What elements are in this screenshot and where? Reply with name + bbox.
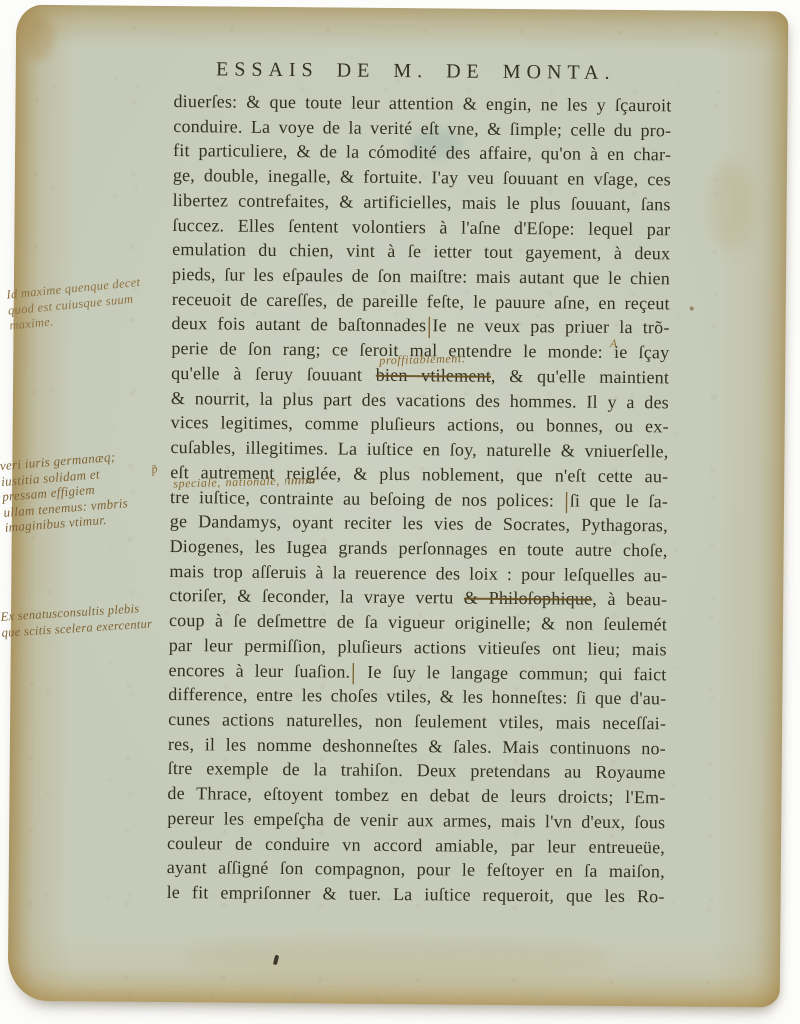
- text-line: Diogenes, les Iugea grands perſonnages e…: [170, 534, 668, 563]
- printed-text: vices legitimes, comme pluſieurs actions…: [171, 412, 669, 436]
- printed-text: pereur les empeſçha de venir aux armes, …: [167, 808, 665, 832]
- printed-text: deux fois autant de baſtonnades: [171, 313, 426, 335]
- book-page: ESSAIS DE M. DE MONTA. diuerſes: & que t…: [8, 5, 789, 1008]
- handwritten-interlinear-note: proffitablement:: [379, 352, 466, 366]
- text-line: qu'elle à ſeruy ſouuant bien vtilementpr…: [171, 361, 669, 390]
- printed-text: emulation du chien, vint à ſe ietter tou…: [172, 239, 670, 263]
- photograph-background: { "page": { "header": "ESSAIS DE M. DE M…: [0, 0, 800, 1024]
- printed-text: coup à ſe deſmettre de ſa vigueur origin…: [169, 610, 667, 634]
- ink-speck: [690, 307, 694, 311]
- printed-text: ſtre exemple de la trahiſon. Deux preten…: [168, 758, 666, 782]
- printed-text: diuerſes: & que toute leur attention & e…: [173, 91, 671, 115]
- printed-text: le fit empriſonner & tuer. La iuſtice re…: [167, 882, 665, 906]
- paper-stain: [24, 15, 54, 61]
- printed-text: Ie ne veux pas priuer la trõ-: [432, 316, 669, 338]
- printed-text: ayant aſſigné ſon compagnon, pour le feſ…: [167, 857, 665, 881]
- text-line: par leur permiſſion, pluſieurs actions v…: [169, 633, 667, 662]
- printed-text: ge Dandamys, oyant reciter les vies de S…: [170, 511, 668, 535]
- printed-text: ſuccez. Elles ſentent volontiers à l'aſn…: [172, 215, 670, 239]
- printed-text: ie ſçay: [614, 342, 670, 362]
- printed-text: cuſables, illegitimes. La iuſtice en ſoy…: [170, 437, 668, 461]
- printed-text: res, il les nomme deshonneſtes & ſales. …: [168, 734, 666, 758]
- handwritten-insertion-mark: |: [426, 310, 432, 342]
- printed-text: couleur de conduire vn accord amiable, p…: [167, 833, 665, 857]
- printed-text: , & qu'elle maintient: [491, 366, 669, 388]
- printed-text: cunes actions naturelles, non ſeulement …: [168, 709, 666, 733]
- margin-note-top: Id maxime quenque decetquod est cuiusque…: [6, 275, 144, 334]
- printed-text: & nourrit, la plus part des vacations de…: [171, 388, 669, 412]
- printed-text: pieds, ſur les eſpaules de ſon maiſtre: …: [172, 264, 670, 288]
- text-line: pereur les empeſçha de venir aux armes, …: [167, 806, 665, 835]
- handwritten-margin-mark: p̃: [150, 461, 159, 477]
- text-block: diuerſes: & que toute leur attention & e…: [167, 89, 672, 909]
- printed-text: tre iuſtice,speciale, nationale,: [170, 487, 250, 508]
- printed-text: ſi que le ſa-: [570, 490, 668, 511]
- struck-printed-text: bien vtilementproffitablement:: [376, 365, 491, 386]
- printed-text: libertez contrefaites, & artificielles, …: [173, 190, 671, 214]
- printed-text: par leur permiſſion, pluſieurs actions v…: [169, 635, 667, 659]
- handwritten-insertion-mark: |: [350, 655, 356, 687]
- ink-speck: [273, 955, 279, 966]
- printed-text: , à beau-: [592, 589, 667, 610]
- printed-text: Diogenes, les Iugea grands perſonnages e…: [170, 536, 668, 560]
- printed-text: fit particuliere, & de la cómodité des a…: [173, 140, 671, 164]
- margin-note-middle: veri iuris germanæq;iustitia solidam etp…: [0, 448, 130, 535]
- paper-stain: [188, 936, 608, 980]
- printed-text: encores à leur ſuaſion.: [168, 660, 350, 682]
- printed-text: Ie ſuy le langage commun; qui faict: [356, 661, 666, 684]
- printed-text: ctoriſer, & ſeconder, la vraye vertu: [169, 585, 464, 608]
- text-line: le fit empriſonner & tuer. La iuſtice re…: [167, 880, 665, 909]
- printed-text: mais trop aſſeruis à la reuerence des lo…: [169, 561, 667, 585]
- printed-text: difference, entre les choſes vtiles, & l…: [168, 684, 666, 708]
- printed-text: conduire. La voye de la verité eſt vne, …: [173, 116, 671, 140]
- printed-text: de Thrace, eſtoyent tombez en debat de l…: [167, 783, 665, 807]
- margin-note-bottom: Ex senatusconsultis plebisque scitis sce…: [0, 601, 153, 641]
- text-line: libertez contrefaites, & artificielles, …: [173, 188, 671, 217]
- struck-printed-text: & Philoſophique: [464, 588, 592, 609]
- printed-text: contrainte au beſoing de nos polices:: [250, 487, 564, 510]
- printed-text: qu'elle à ſeruy ſouuant: [171, 363, 376, 385]
- running-header: ESSAIS DE M. DE MONTA.: [156, 58, 676, 86]
- handwritten-insertion-mark: |: [563, 484, 569, 516]
- printed-text: ge, double, inegalle, & fortuite. I'ay v…: [173, 165, 671, 189]
- printed-text: receuoit de careſſes, de pareille feſte,…: [172, 289, 670, 313]
- paper-stain: [708, 161, 753, 251]
